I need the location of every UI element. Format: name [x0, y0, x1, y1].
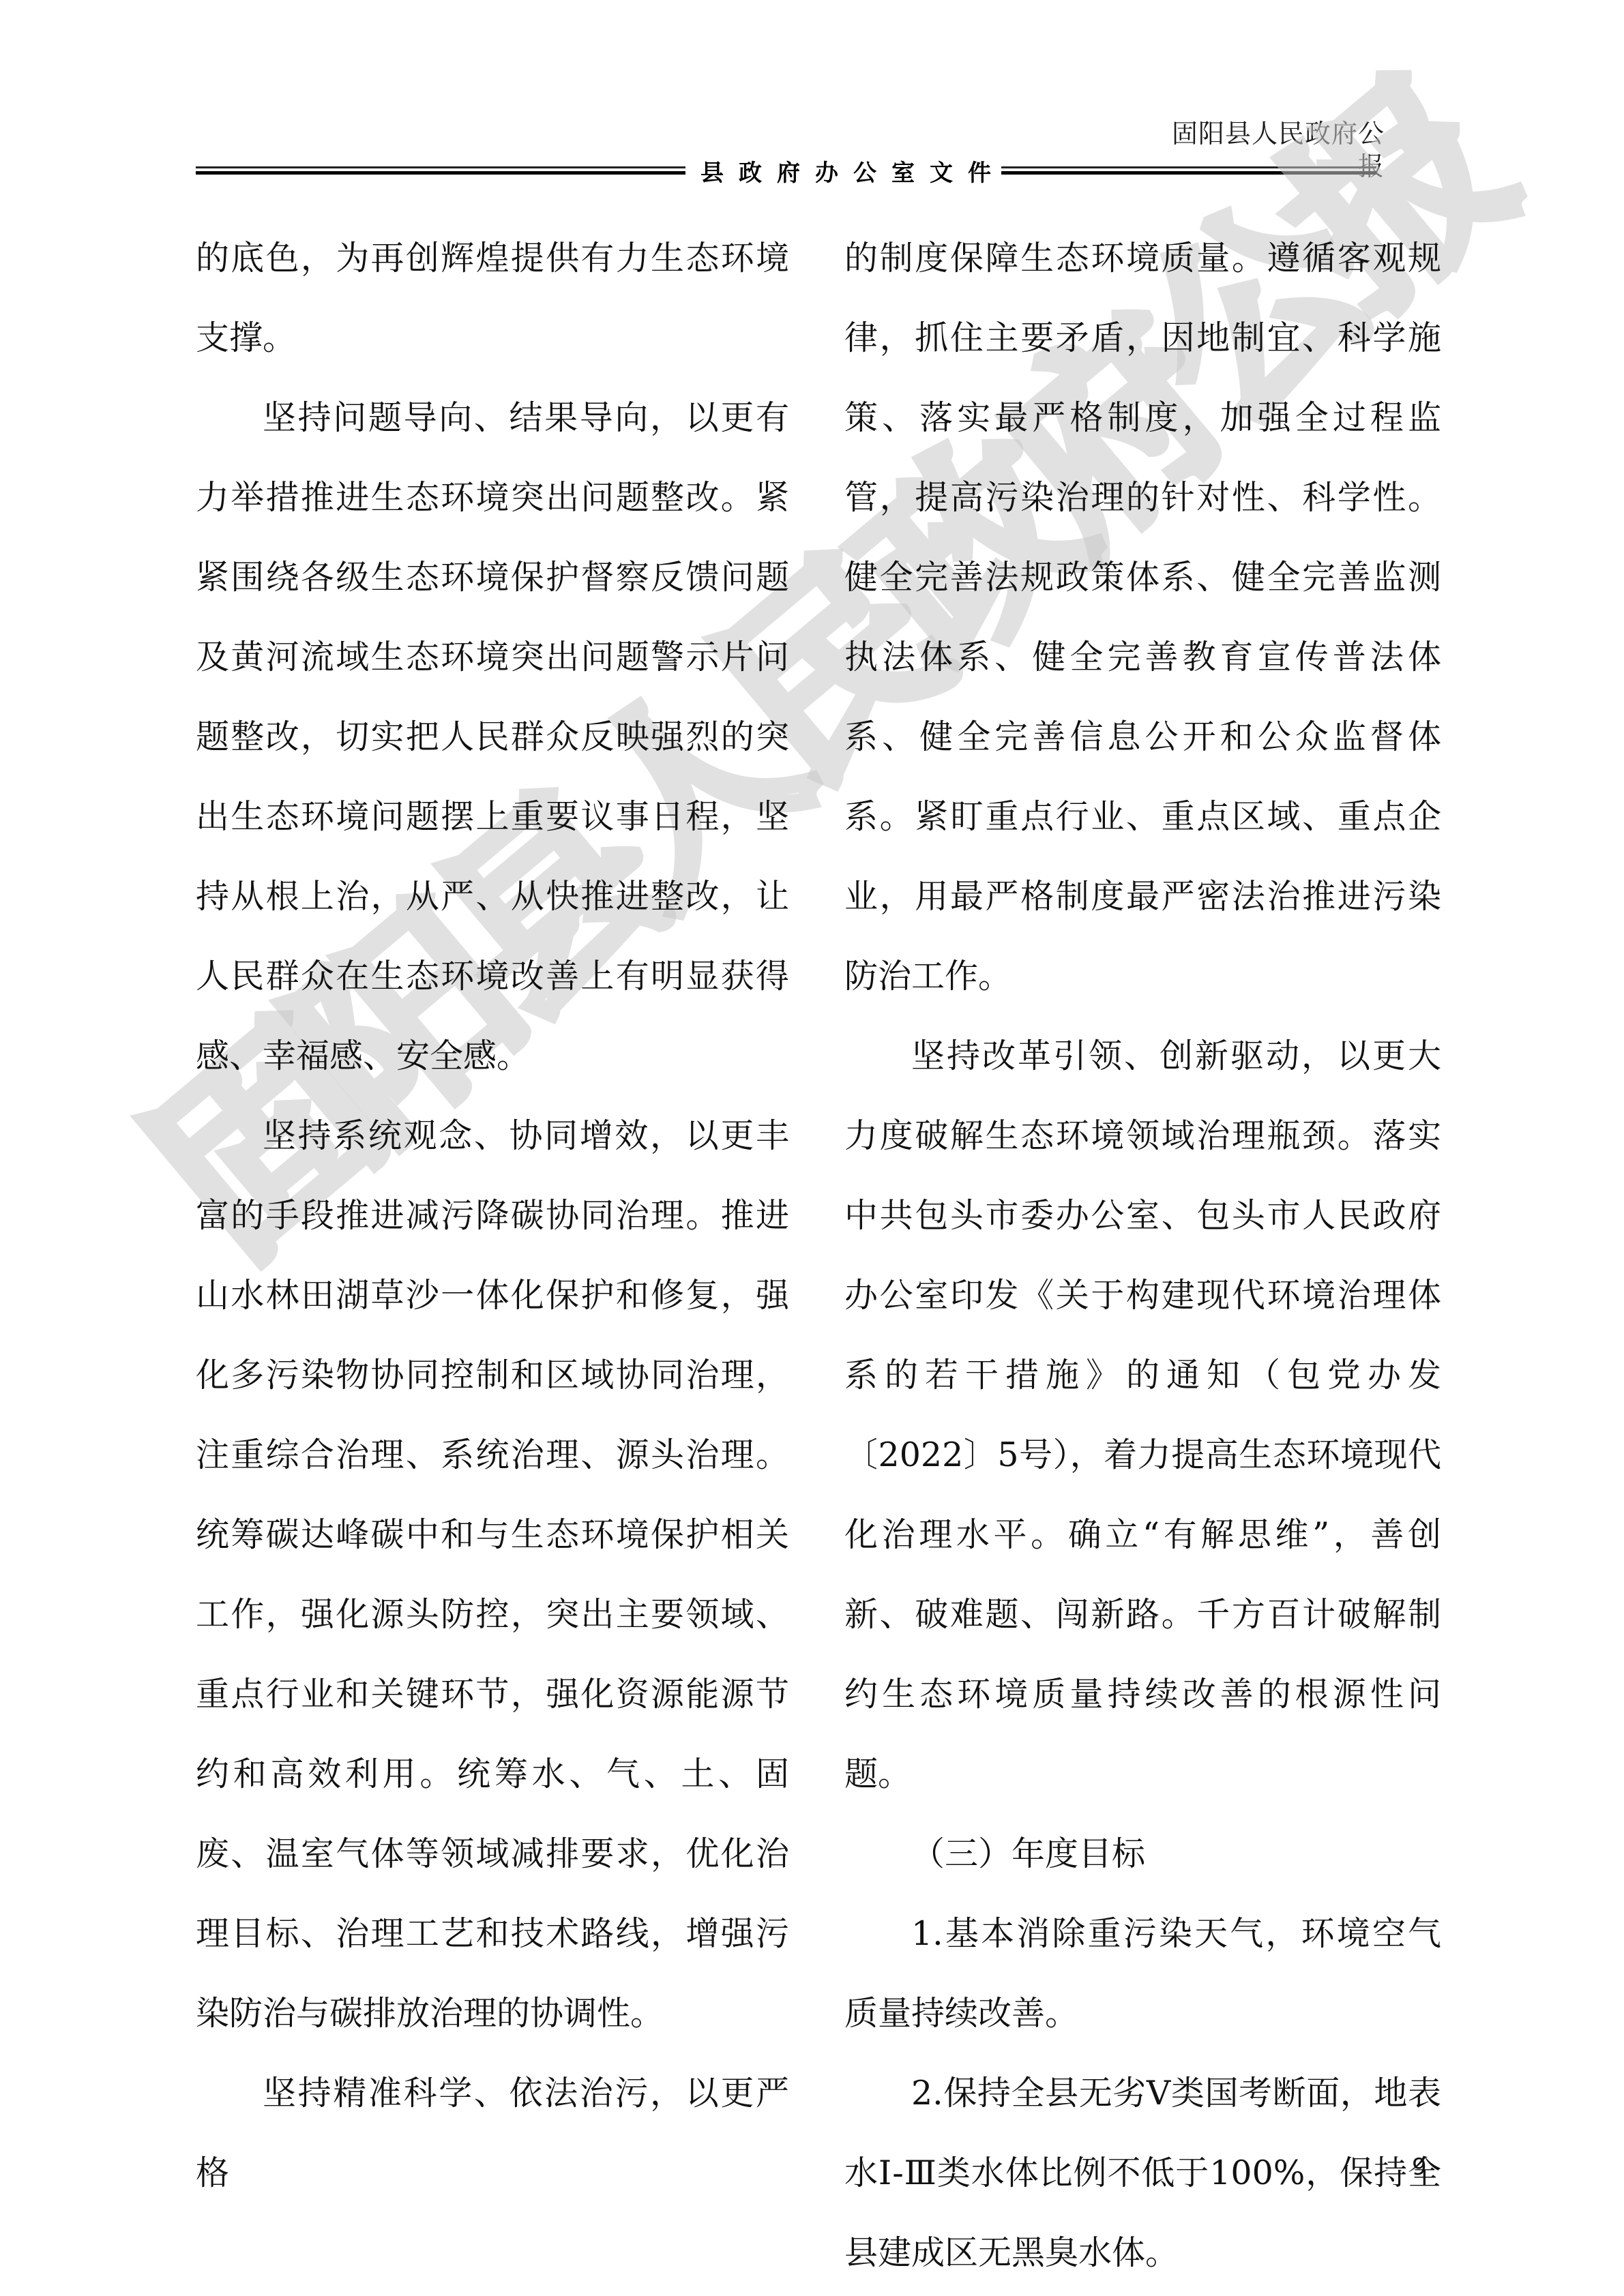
header-rule-right-divider [1001, 166, 1376, 175]
paragraph: 的底色，为再创辉煌提供有力生态环境支撑。 [196, 218, 789, 378]
list-item: 1.基本消除重污染天气，环境空气质量持续改善。 [844, 1894, 1441, 2053]
paragraph: 坚持改革引领、创新驱动，以更大力度破解生态环境领域治理瓶颈。落实中共包头市委办公… [844, 1016, 1441, 1814]
paragraph: 坚持问题导向、结果导向，以更有力举措推进生态环境突出问题整改。紧紧围绕各级生态环… [196, 378, 789, 1096]
paragraph: 坚持精准科学、依法治污，以更严格 [196, 2053, 789, 2213]
paragraph: 的制度保障生态环境质量。遵循客观规律，抓住主要矛盾，因地制宜、科学施策、落实最严… [844, 218, 1441, 1016]
header-rule-left-divider [196, 166, 685, 175]
list-item: 2.保持全县无劣Ⅴ类国考断面，地表水Ⅰ-Ⅲ类水体比例不低于100%，保持全县建成… [844, 2053, 1441, 2293]
left-column: 的底色，为再创辉煌提供有力生态环境支撑。 坚持问题导向、结果导向，以更有力举措推… [196, 218, 789, 2213]
paragraph: 坚持系统观念、协同增效，以更丰富的手段推进减污降碳协同治理。推进山水林田湖草沙一… [196, 1096, 789, 2053]
section-heading: （三）年度目标 [844, 1814, 1441, 1894]
right-column: 的制度保障生态环境质量。遵循客观规律，抓住主要矛盾，因地制宜、科学施策、落实最严… [844, 218, 1441, 2293]
header-rule: 县政府办公室文件 [196, 155, 1376, 185]
section-label: 县政府办公室文件 [685, 154, 1001, 188]
